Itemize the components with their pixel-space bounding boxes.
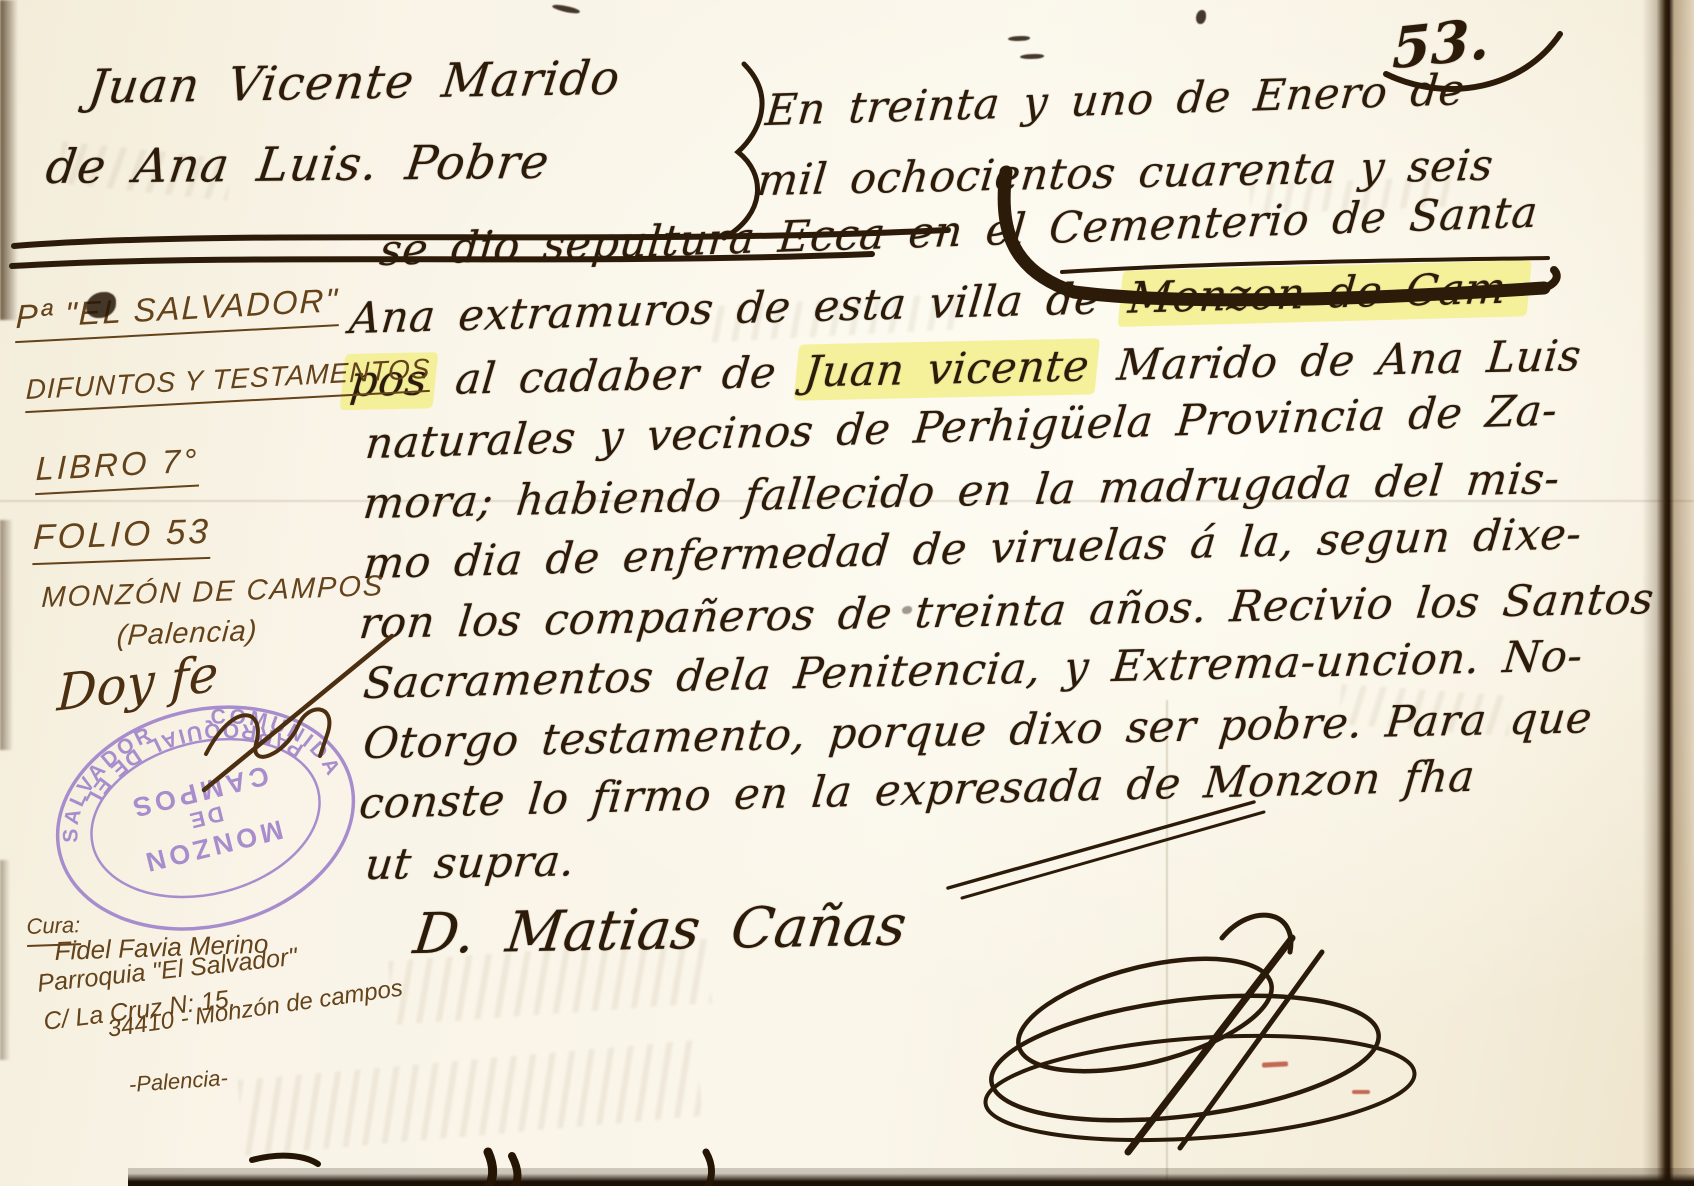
ink-dash xyxy=(1008,36,1030,41)
archive-reference-note: FOLIO 53 xyxy=(32,512,211,565)
body-text-segment: Ana extramuros de esta villa de xyxy=(347,274,1126,344)
signature-rubric xyxy=(982,915,1418,1153)
body-line: Ana extramuros de esta villa de Monzon d… xyxy=(347,263,1529,344)
firmo-rubric xyxy=(948,802,1254,888)
ink-speck xyxy=(1196,10,1206,24)
heavy-ink-stroke xyxy=(1544,270,1557,288)
contact-line: -Palencia- xyxy=(128,1065,229,1098)
bleedthrough-mark xyxy=(238,1040,703,1156)
margin-brace xyxy=(724,64,762,238)
archive-reference-note: MONZÓN DE CAMPOS xyxy=(41,570,385,615)
red-pencil-mark xyxy=(1352,1090,1370,1094)
page-edge-shadow xyxy=(0,0,18,320)
margin-heading-line: Juan Vicente Marido xyxy=(85,51,623,115)
firmo-rubric xyxy=(962,812,1264,898)
body-line: En treinta y uno de Enero de xyxy=(763,65,1467,136)
signature-line: D. Matias Cañas xyxy=(410,893,910,967)
highlighted-text: Monzon de Cam- xyxy=(1118,260,1532,327)
ink-dash xyxy=(1020,54,1044,59)
highlighted-text: Juan vicente xyxy=(793,338,1100,400)
cutoff-next-entry-strokes xyxy=(252,1152,712,1186)
page-edge-shadow xyxy=(0,520,13,750)
body-text-segment: al cadaber de xyxy=(430,347,802,405)
ink-speck xyxy=(552,3,581,16)
body-text-segment: En treinta y uno de Enero de xyxy=(763,65,1467,136)
page-edge-shadow xyxy=(0,860,10,1060)
body-text-segment: Marido de Ana Luis xyxy=(1092,331,1584,391)
margin-heading-line: de Ana Luis. Pobre xyxy=(43,135,553,195)
scanned-burial-record-page: 53. Juan Vicente Marido de Ana Luis. Pob… xyxy=(0,0,1694,1186)
page-bottom-shadow xyxy=(128,1168,1694,1186)
red-pencil-mark xyxy=(1262,1061,1288,1067)
archive-reference-note: Pª "EL SALVADOR" xyxy=(15,281,339,343)
archive-reference-note: LIBRO 7° xyxy=(35,441,199,495)
